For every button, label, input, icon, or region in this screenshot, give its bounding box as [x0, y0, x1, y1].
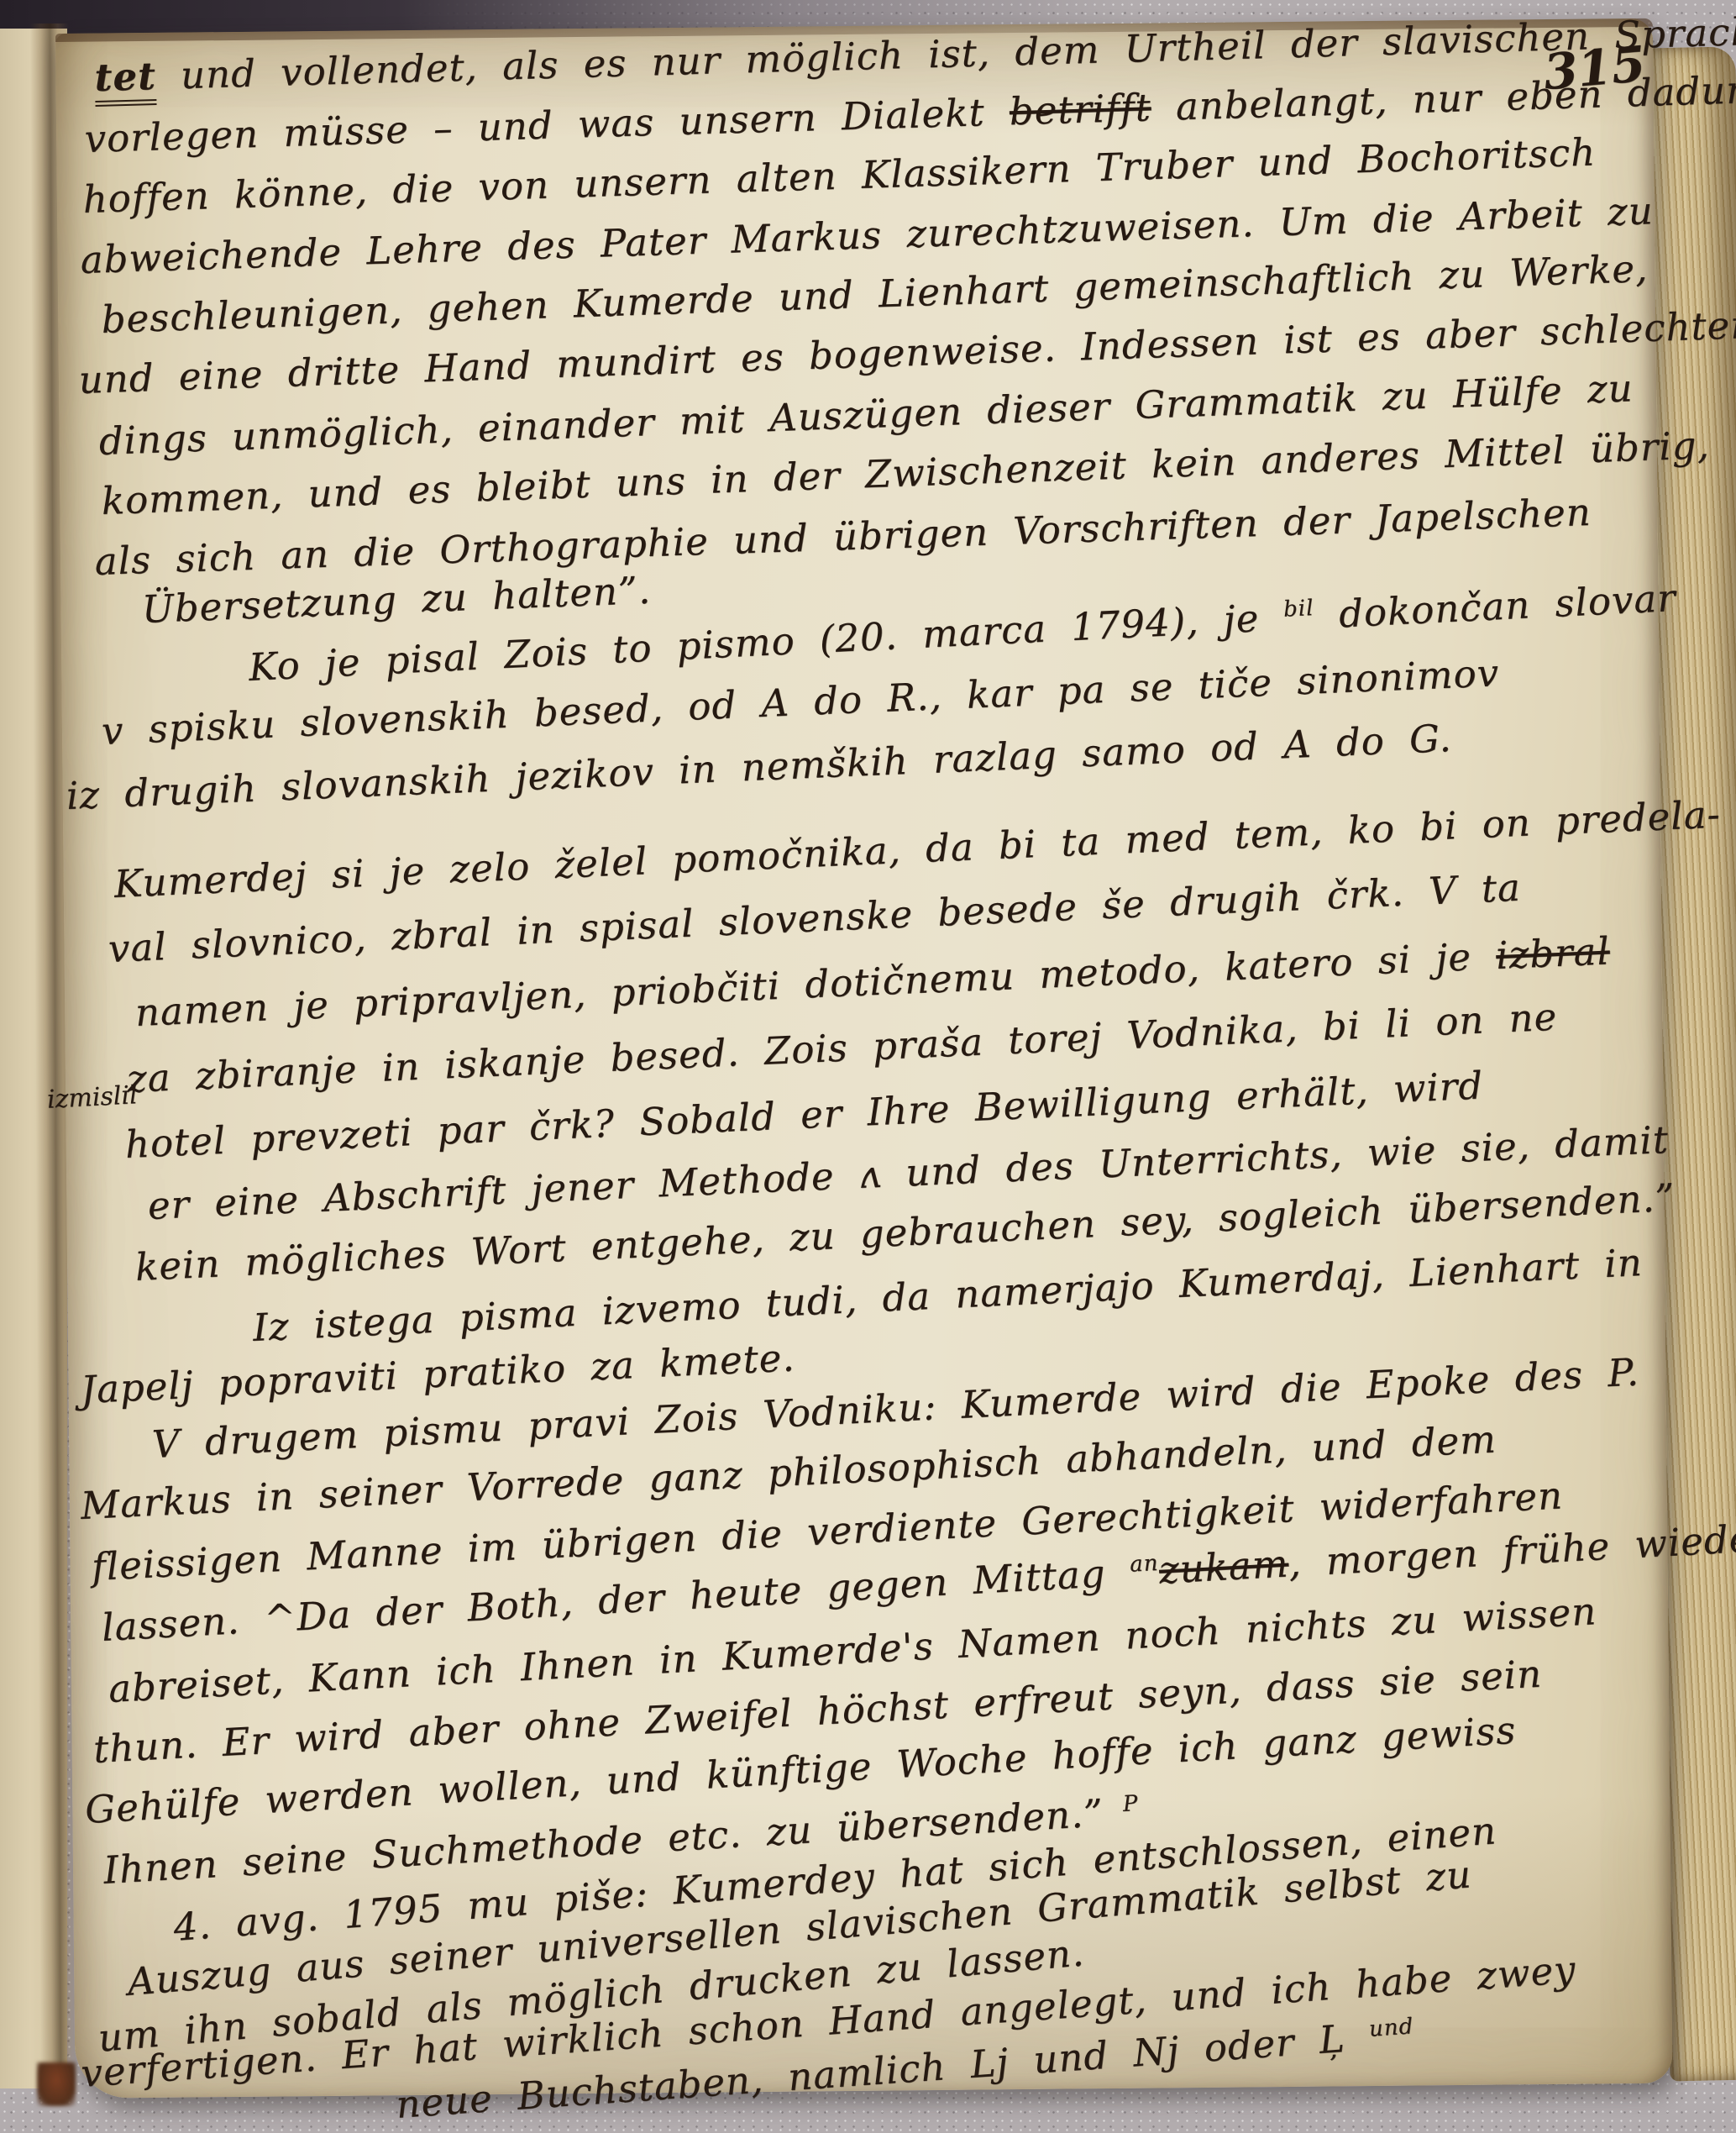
handwriting-segment: izbral — [1495, 928, 1611, 978]
handwriting-segment: zukam — [1158, 1541, 1290, 1592]
handwriting-segment: an — [1129, 1551, 1159, 1578]
handwriting-segment: P — [1103, 1791, 1140, 1818]
margin-note: izmislil — [46, 1083, 138, 1113]
handwriting-segment: betrifft — [1009, 85, 1151, 134]
handwriting-segment: bil — [1282, 596, 1314, 623]
handwriting-segment: und — [1368, 2014, 1414, 2042]
manuscript-photo: tet und vollendet, als es nur möglich is… — [0, 0, 1736, 2133]
page-number: 315 — [1542, 39, 1648, 97]
handwriting-segment: tet — [94, 54, 157, 107]
binding-corner — [37, 2062, 76, 2106]
